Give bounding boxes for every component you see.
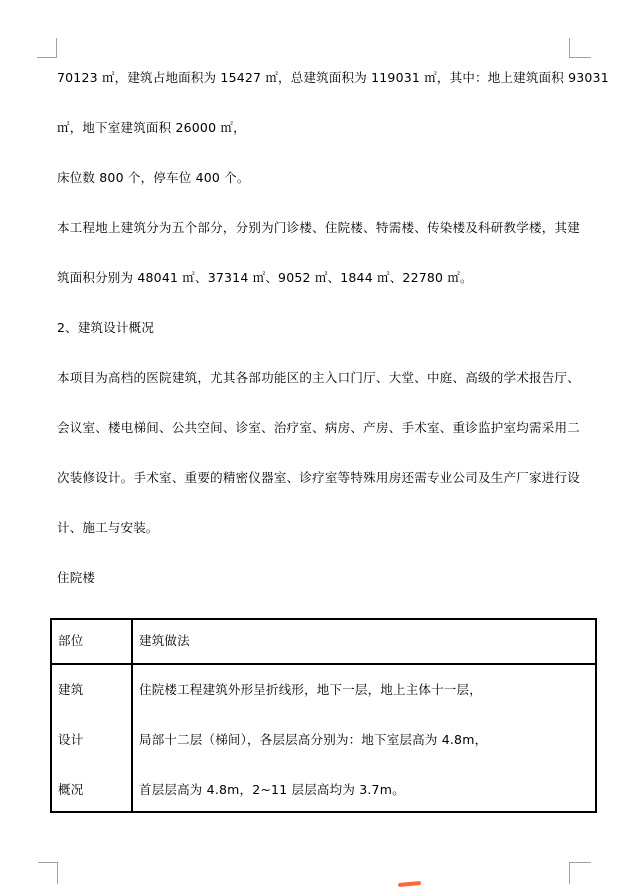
table-header-position: 部位 bbox=[52, 620, 133, 663]
table-cell-description: 住院楼工程建筑外形呈折线形，地下一层，地上主体十一层， 局部十二层（梯间），各层… bbox=[133, 665, 595, 813]
row-label-line: 概况 bbox=[58, 765, 131, 813]
row-label-line: 设计 bbox=[58, 715, 131, 765]
description-line: 首层层高为 4.8m，2~11 层层高均为 3.7m。 bbox=[139, 765, 595, 813]
paragraph-line: 70123 ㎡，建筑占地面积为 15427 ㎡，总建筑面积为 119031 ㎡，… bbox=[57, 53, 580, 103]
row-label-line: 建筑 bbox=[58, 665, 131, 715]
paragraph-line: 次装修设计。手术室、重要的精密仪器室、诊疗室等特殊用房还需专业公司及生产厂家进行… bbox=[57, 453, 580, 503]
crop-mark-top-left bbox=[37, 38, 57, 58]
section-heading: 2、建筑设计概况 bbox=[57, 303, 580, 353]
table-header-method: 建筑做法 bbox=[133, 620, 595, 663]
paragraph-line: ㎡，地下室建筑面积 26000 ㎡， bbox=[57, 103, 580, 153]
document-page: 70123 ㎡，建筑占地面积为 15427 ㎡，总建筑面积为 119031 ㎡，… bbox=[0, 0, 633, 888]
paragraph-line: 计、施工与安装。 bbox=[57, 503, 580, 553]
paragraph-line: 床位数 800 个，停车位 400 个。 bbox=[57, 153, 580, 203]
paragraph-line: 会议室、楼电梯间、公共空间、诊室、治疗室、病房、产房、手术室、重诊监护室均需采用… bbox=[57, 403, 580, 453]
crop-mark-bottom-right bbox=[569, 862, 591, 884]
subsection-heading: 住院楼 bbox=[57, 553, 580, 603]
orange-underline-artifact bbox=[398, 881, 421, 887]
table-header-row: 部位 建筑做法 bbox=[52, 620, 595, 665]
table-cell-row-labels: 建筑 设计 概况 bbox=[52, 665, 133, 813]
paragraph-line: 本项目为高档的医院建筑，尤其各部功能区的主入口门厅、大堂、中庭、高级的学术报告厅… bbox=[57, 353, 580, 403]
building-method-table: 部位 建筑做法 建筑 设计 概况 住院楼工程建筑外形呈折线形，地下一层，地上主体… bbox=[50, 618, 597, 813]
paragraph-line: 本工程地上建筑分为五个部分，分别为门诊楼、住院楼、特需楼、传染楼及科研教学楼，其… bbox=[57, 203, 580, 253]
table-body-row: 建筑 设计 概况 住院楼工程建筑外形呈折线形，地下一层，地上主体十一层， 局部十… bbox=[52, 665, 595, 813]
crop-mark-bottom-left bbox=[38, 862, 58, 884]
paragraph-line: 筑面积分别为 48041 ㎡、37314 ㎡、9052 ㎡、1844 ㎡、227… bbox=[57, 253, 580, 303]
description-line: 住院楼工程建筑外形呈折线形，地下一层，地上主体十一层， bbox=[139, 665, 595, 715]
document-body-text: 70123 ㎡，建筑占地面积为 15427 ㎡，总建筑面积为 119031 ㎡，… bbox=[57, 53, 580, 603]
description-line: 局部十二层（梯间），各层层高分别为：地下室层高为 4.8m， bbox=[139, 715, 595, 765]
